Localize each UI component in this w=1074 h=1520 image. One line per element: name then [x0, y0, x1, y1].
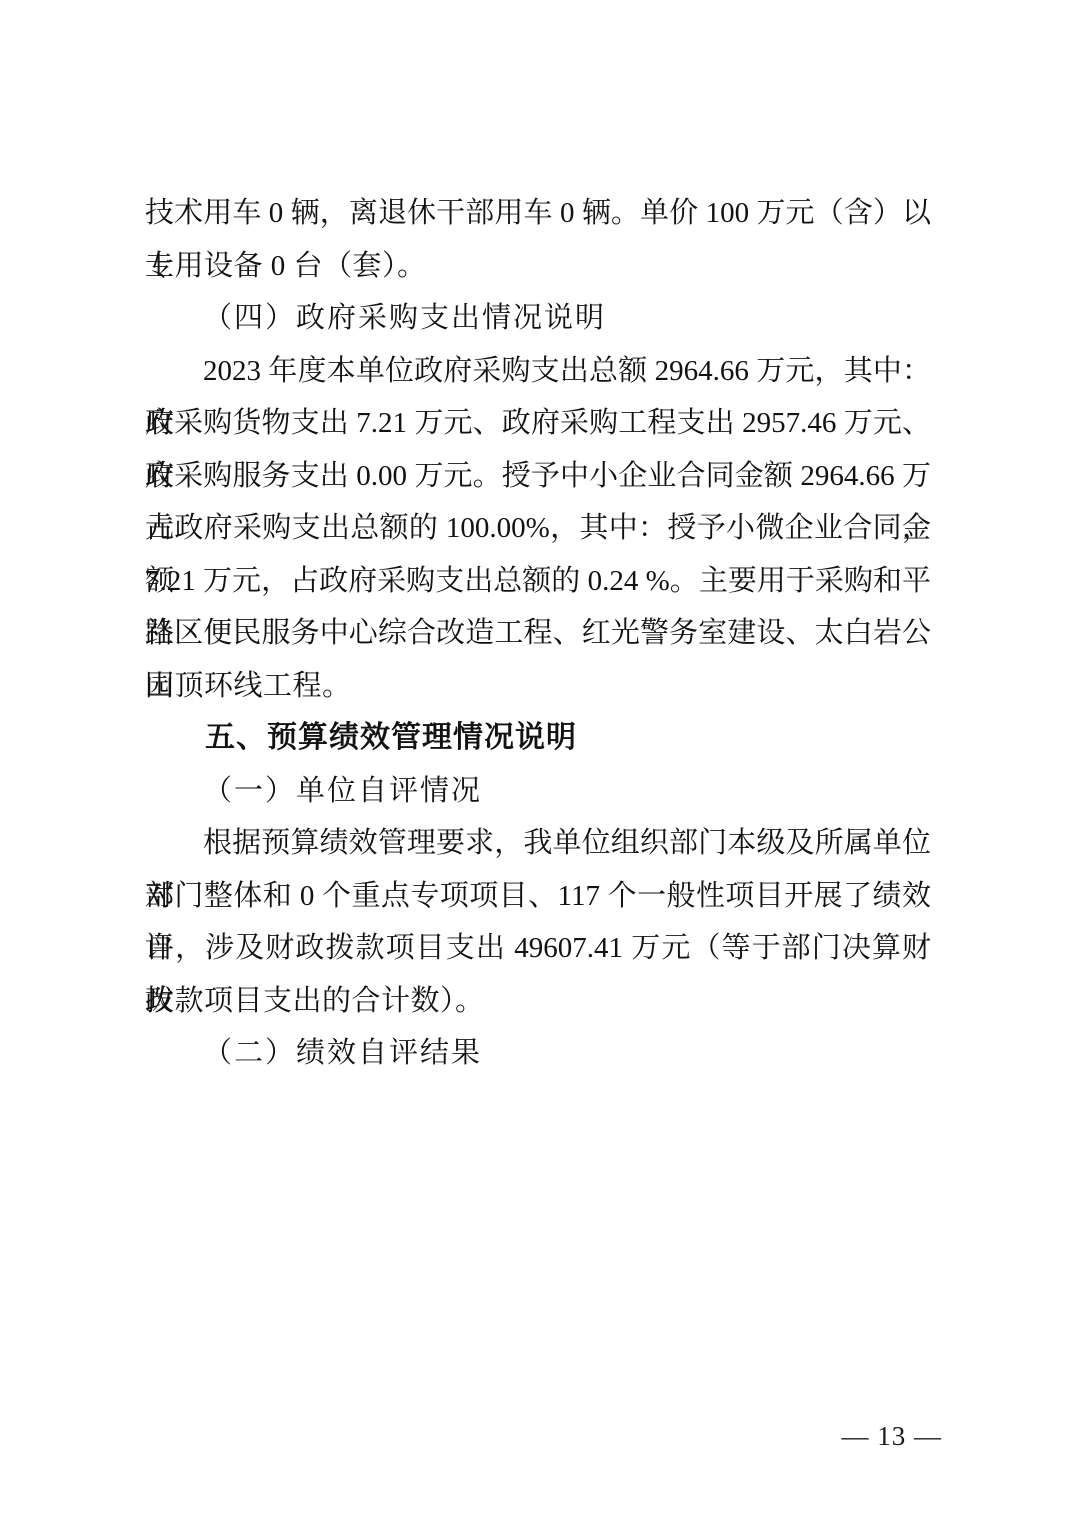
text-line: 五、预算绩效管理情况说明 — [145, 712, 931, 765]
text-line: 占政府采购支出总额的 100.00%，其中：授予小微企业合同金额 — [145, 502, 931, 555]
text-line: 根据预算绩效管理要求，我单位组织部门本级及所属单位对 — [145, 817, 931, 870]
text-line: 山顶环线工程。 — [145, 660, 931, 713]
text-line: 府采购服务支出 0.00 万元。授予中小企业合同金额 2964.66 万元， — [145, 450, 931, 503]
text-line: （一）单位自评情况 — [145, 765, 931, 818]
text-line: 7.21 万元，占政府采购支出总额的 0.24 %。主要用于采购和平路 — [145, 555, 931, 608]
text-line: 府采购货物支出 7.21 万元、政府采购工程支出 2957.46 万元、政 — [145, 397, 931, 450]
page-number: — 13 — — [842, 1421, 943, 1451]
text-line: 专用设备 0 台（套）。 — [145, 240, 931, 293]
text-line: 评，涉及财政拨款项目支出 49607.41 万元（等于部门决算财政 — [145, 922, 931, 975]
text-line: 2023 年度本单位政府采购支出总额 2964.66 万元，其中：政 — [145, 345, 931, 398]
text-line: 社区便民服务中心综合改造工程、红光警务室建设、太白岩公园 — [145, 607, 931, 660]
text-line: 技术用车 0 辆，离退休干部用车 0 辆。单价 100 万元（含）以上 — [145, 187, 931, 240]
text-line: 拨款项目支出的合计数）。 — [145, 975, 931, 1028]
text-line: （四）政府采购支出情况说明 — [145, 292, 931, 345]
text-line: 部门整体和 0 个重点专项项目、117 个一般性项目开展了绩效自 — [145, 870, 931, 923]
document-lines: 技术用车 0 辆，离退休干部用车 0 辆。单价 100 万元（含）以上专用设备 … — [145, 187, 931, 1080]
text-line: （二）绩效自评结果 — [145, 1027, 931, 1080]
document-page: 技术用车 0 辆，离退休干部用车 0 辆。单价 100 万元（含）以上专用设备 … — [0, 0, 1074, 1520]
